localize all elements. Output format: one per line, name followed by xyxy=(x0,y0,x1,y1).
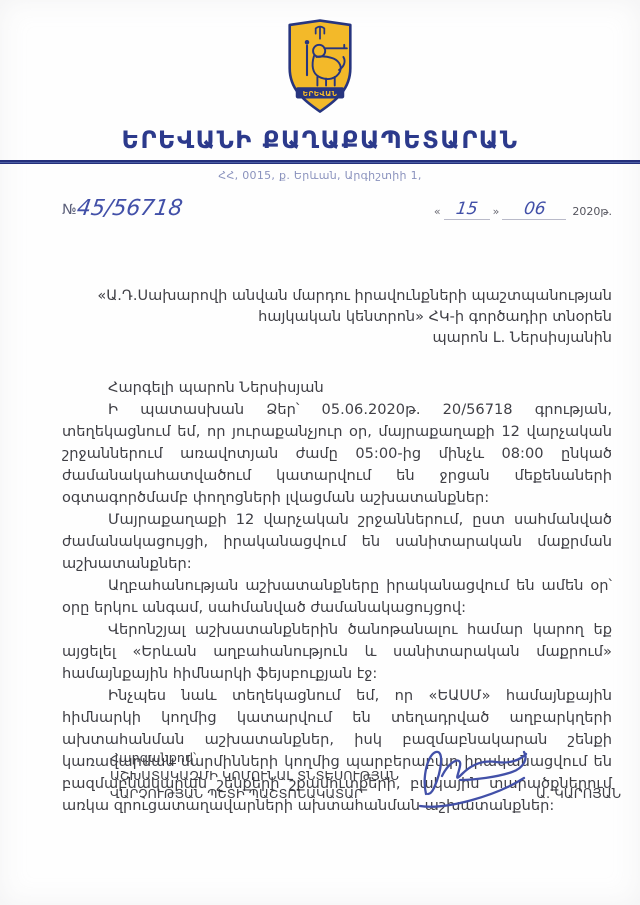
signer-position-line: ԱՇԽԱՏԱԿԱԶՄԻ ԿՈՄՈՒՆԱԼ ՏՆՏԵՍՈՒԹՅԱՆ xyxy=(110,768,399,786)
outgoing-number: № 45/56718 xyxy=(62,198,182,220)
letter-page: ԵՐԵՎԱՆ ԵՐԵՎԱՆԻ ՔԱՂԱՔԱՊԵՏԱՐԱՆ ՀՀ, 0015, ք… xyxy=(0,0,640,905)
closing-phrase: Հարգանքով՝ xyxy=(110,750,399,768)
date-year: 2020թ. xyxy=(566,205,612,220)
recipient-line: «Ա.Դ.Սախարովի անվան մարդու իրավունքների … xyxy=(0,286,612,307)
header-divider xyxy=(0,160,640,164)
body-paragraph: Վերոնշյալ աշխատանքներին ծանոթանալու համա… xyxy=(62,619,612,685)
letter-date: « 15 » 06 2020թ. xyxy=(431,201,612,220)
signer-position-line: ՎԱՐՉՈՒԹՅԱՆ ՊԵՏԻ ՊԱՇՏՈՆԱԿԱՏԱՐ xyxy=(110,786,399,804)
org-address: ՀՀ, 0015, ք. Երևան, Արգիշտիի 1, xyxy=(0,169,640,182)
signature-block: Հարգանքով՝ ԱՇԽԱՏԱԿԱԶՄԻ ԿՈՄՈՒՆԱԼ ՏՆՏԵՍՈՒԹ… xyxy=(110,750,399,804)
recipient-line: պարոն Լ. Ներսիսյանին xyxy=(0,328,612,349)
date-day-field: 15 xyxy=(444,201,490,220)
reference-row: № 45/56718 « 15 » 06 2020թ. xyxy=(62,198,612,220)
yerevan-coat-of-arms-icon: ԵՐԵՎԱՆ xyxy=(281,18,359,115)
logo-banner-text: ԵՐԵՎԱՆ xyxy=(303,89,338,98)
signer-name: Ա. ԿԱՐՈՅԱՆ xyxy=(536,787,621,802)
body-paragraph: Ի պատասխան Ձեր՝ 05.06.2020թ. 20/56718 գր… xyxy=(62,399,612,509)
number-sign: № xyxy=(62,202,77,220)
signature-scribble xyxy=(412,736,544,820)
body-paragraph: Մայրաքաղաքի 12 վարչական շրջաններում, ըստ… xyxy=(62,509,612,575)
date-open-quote: « xyxy=(431,205,444,220)
body-paragraph: Աղբահանության աշխատանքները իրականացվում … xyxy=(62,575,612,619)
recipient-line: հայկական կենտրոն» ՀԿ-ի գործադիր տնօրեն xyxy=(0,307,612,328)
salutation: Հարգելի պարոն Ներսիսյան xyxy=(62,377,612,399)
date-month-field: 06 xyxy=(502,201,566,220)
letterhead-logo: ԵՐԵՎԱՆ xyxy=(0,0,640,119)
organization-name: ԵՐԵՎԱՆԻ ՔԱՂԱՔԱՊԵՏԱՐԱՆ xyxy=(0,126,640,154)
date-close-quote: » xyxy=(490,205,503,220)
recipient-block: «Ա.Դ.Սախարովի անվան մարդու իրավունքների … xyxy=(0,286,612,349)
date-day-value: 15 xyxy=(455,201,479,218)
outgoing-number-value: 45/56718 xyxy=(75,198,183,220)
date-month-value: 06 xyxy=(522,201,546,218)
